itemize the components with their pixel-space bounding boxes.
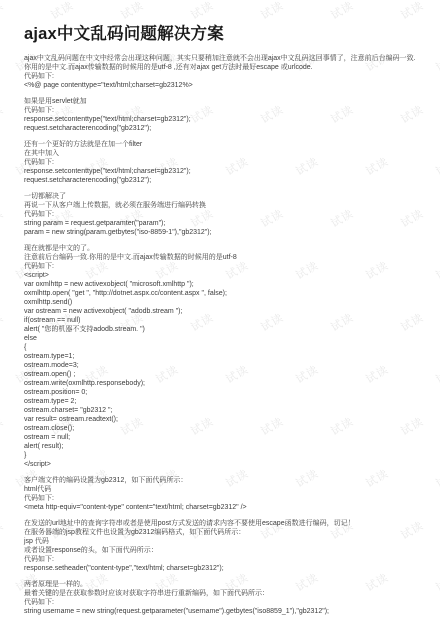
paragraph-block: 客户端文件的编码设置为gb2312，如下面代码所示：html代码代码如下:<me… (24, 476, 418, 512)
watermark-text: 试读 (433, 257, 440, 283)
text-line: 代码如下: (24, 494, 418, 503)
text-line: request.setcharacterencoding("gb2312"); (24, 176, 418, 185)
text-line: </script> (24, 460, 418, 469)
watermark-text: 试读 (0, 101, 6, 127)
text-line: 客户端文件的编码设置为gb2312，如下面代码所示： (24, 476, 418, 485)
text-line: var result= ostream.readtext(); (24, 415, 418, 424)
paragraph-block: 如果是用servlet就加代码如下:response.setcontenttyp… (24, 97, 418, 133)
paragraph-block: 现在就都是中文的了。注意前后台编码一致.你用的是中文.而ajax传输数据的时候用… (24, 244, 418, 469)
text-line: param = new string(param.getbytes("iso-8… (24, 228, 418, 237)
text-line: response.setcontenttype("text/html;chars… (24, 115, 418, 124)
text-line: 最着关键的是在获取参数时应该对获取字符串进行重新编码，如下面代码所示： (24, 589, 418, 598)
paragraph-block: 两者原理是一样的。最着关键的是在获取参数时应该对获取字符串进行重新编码，如下面代… (24, 580, 418, 616)
text-line: response.setheader("content-type","text/… (24, 564, 418, 573)
text-line: } (24, 451, 418, 460)
text-line: ostream = null; (24, 433, 418, 442)
paragraph-block: 一切都解决了再说一下从客户端上传数据，就必须在服务端进行编码转换代码如下:str… (24, 192, 418, 237)
text-line: 代码如下: (24, 72, 418, 81)
text-line: <meta http-equiv="content-type" content=… (24, 503, 418, 512)
text-line: alert( result); (24, 442, 418, 451)
text-line: { (24, 343, 418, 352)
text-line: <%@ page contenttype="text/html;charset=… (24, 81, 418, 90)
watermark-text: 试读 (0, 413, 6, 439)
text-line: string param = request.getparamter("para… (24, 219, 418, 228)
text-line: 代码如下: (24, 106, 418, 115)
text-line: 代码如下: (24, 555, 418, 564)
text-line: else (24, 334, 418, 343)
text-line: <script> (24, 271, 418, 280)
text-line: ostream.charset= "gb2312 "; (24, 406, 418, 415)
page-title: ajax中文乱码问题解决方案 (24, 20, 416, 44)
text-line: request.setcharacterencoding("gb2312"); (24, 124, 418, 133)
text-line: oxmlhttp.open( "get ", "http://dotnet.as… (24, 289, 418, 298)
text-line: oxmlhttp.send() (24, 298, 418, 307)
text-line: ostream.open() ; (24, 370, 418, 379)
text-line: ostream.position= 0; (24, 388, 418, 397)
watermark-text: 试读 (433, 569, 440, 595)
text-line: 两者原理是一样的。 (24, 580, 418, 589)
text-line: ostream.write(oxmlhttp.responsebody); (24, 379, 418, 388)
watermark-text: 试读 (0, 205, 6, 231)
text-line: 代码如下: (24, 210, 418, 219)
watermark-text: 试读 (433, 49, 440, 75)
text-line: 再说一下从客户端上传数据，就必须在服务端进行编码转换 (24, 201, 418, 210)
watermark-text: 试读 (0, 517, 6, 543)
text-line: ostream.close(); (24, 424, 418, 433)
text-line: var oxmlhttp = new activexobject( "micro… (24, 280, 418, 289)
watermark-text: 试读 (0, 309, 6, 335)
text-line: 在发送的url地址中的查询字符串或者是使用post方式发送的请求内容不要使用es… (24, 519, 418, 528)
paragraph-block: ajax中文乱码问题在中文中经常会出现这种问题，其实只要稍加注意就不会出现aja… (24, 54, 418, 90)
document-body: ajax中文乱码问题在中文中经常会出现这种问题，其实只要稍加注意就不会出现aja… (24, 54, 418, 616)
text-line: ostream.mode=3; (24, 361, 418, 370)
text-line: 如果是用servlet就加 (24, 97, 418, 106)
text-line: ostream.type= 2; (24, 397, 418, 406)
text-line: 代码如下: (24, 262, 418, 271)
text-line: jsp 代码 (24, 537, 418, 546)
text-line: 现在就都是中文的了。 (24, 244, 418, 253)
text-line: 还有一个更好的方法就是在加一个filter (24, 140, 418, 149)
text-line: alert( "您的机器不支持adodb.stream. ") (24, 325, 418, 334)
text-line: 在服务器端的jsp教程文件也设置为gb2312编码格式，如下面代码所示： (24, 528, 418, 537)
watermark-text: 试读 (0, 0, 6, 23)
text-line: 代码如下: (24, 598, 418, 607)
text-line: 注意前后台编码一致.你用的是中文.而ajax传输数据的时候用的是utf-8 (24, 253, 418, 262)
text-line: 在其中加入 (24, 149, 418, 158)
text-line: 代码如下: (24, 158, 418, 167)
watermark-text: 试读 (433, 361, 440, 387)
text-line: 一切都解决了 (24, 192, 418, 201)
text-line: var ostream = new activexobject( "adodb.… (24, 307, 418, 316)
text-line: ajax中文乱码问题在中文中经常会出现这种问题，其实只要稍加注意就不会出现aja… (24, 54, 418, 72)
text-line: if(ostream == null) (24, 316, 418, 325)
paragraph-block: 还有一个更好的方法就是在加一个filter在其中加入代码如下:response.… (24, 140, 418, 185)
text-line: response.setcontenttype("text/html;chars… (24, 167, 418, 176)
text-line: 或者设置response的头，如下面代码所示： (24, 546, 418, 555)
text-line: ostream.type=1; (24, 352, 418, 361)
text-line: string username = new string(request.get… (24, 607, 418, 616)
paragraph-block: 在发送的url地址中的查询字符串或者是使用post方式发送的请求内容不要使用es… (24, 519, 418, 573)
text-line: html代码 (24, 485, 418, 494)
watermark-text: 试读 (433, 465, 440, 491)
watermark-text: 试读 (433, 153, 440, 179)
document-page: 试读试读试读试读试读试读试读试读试读试读试读试读试读试读试读试读试读试读试读试读… (0, 0, 440, 620)
